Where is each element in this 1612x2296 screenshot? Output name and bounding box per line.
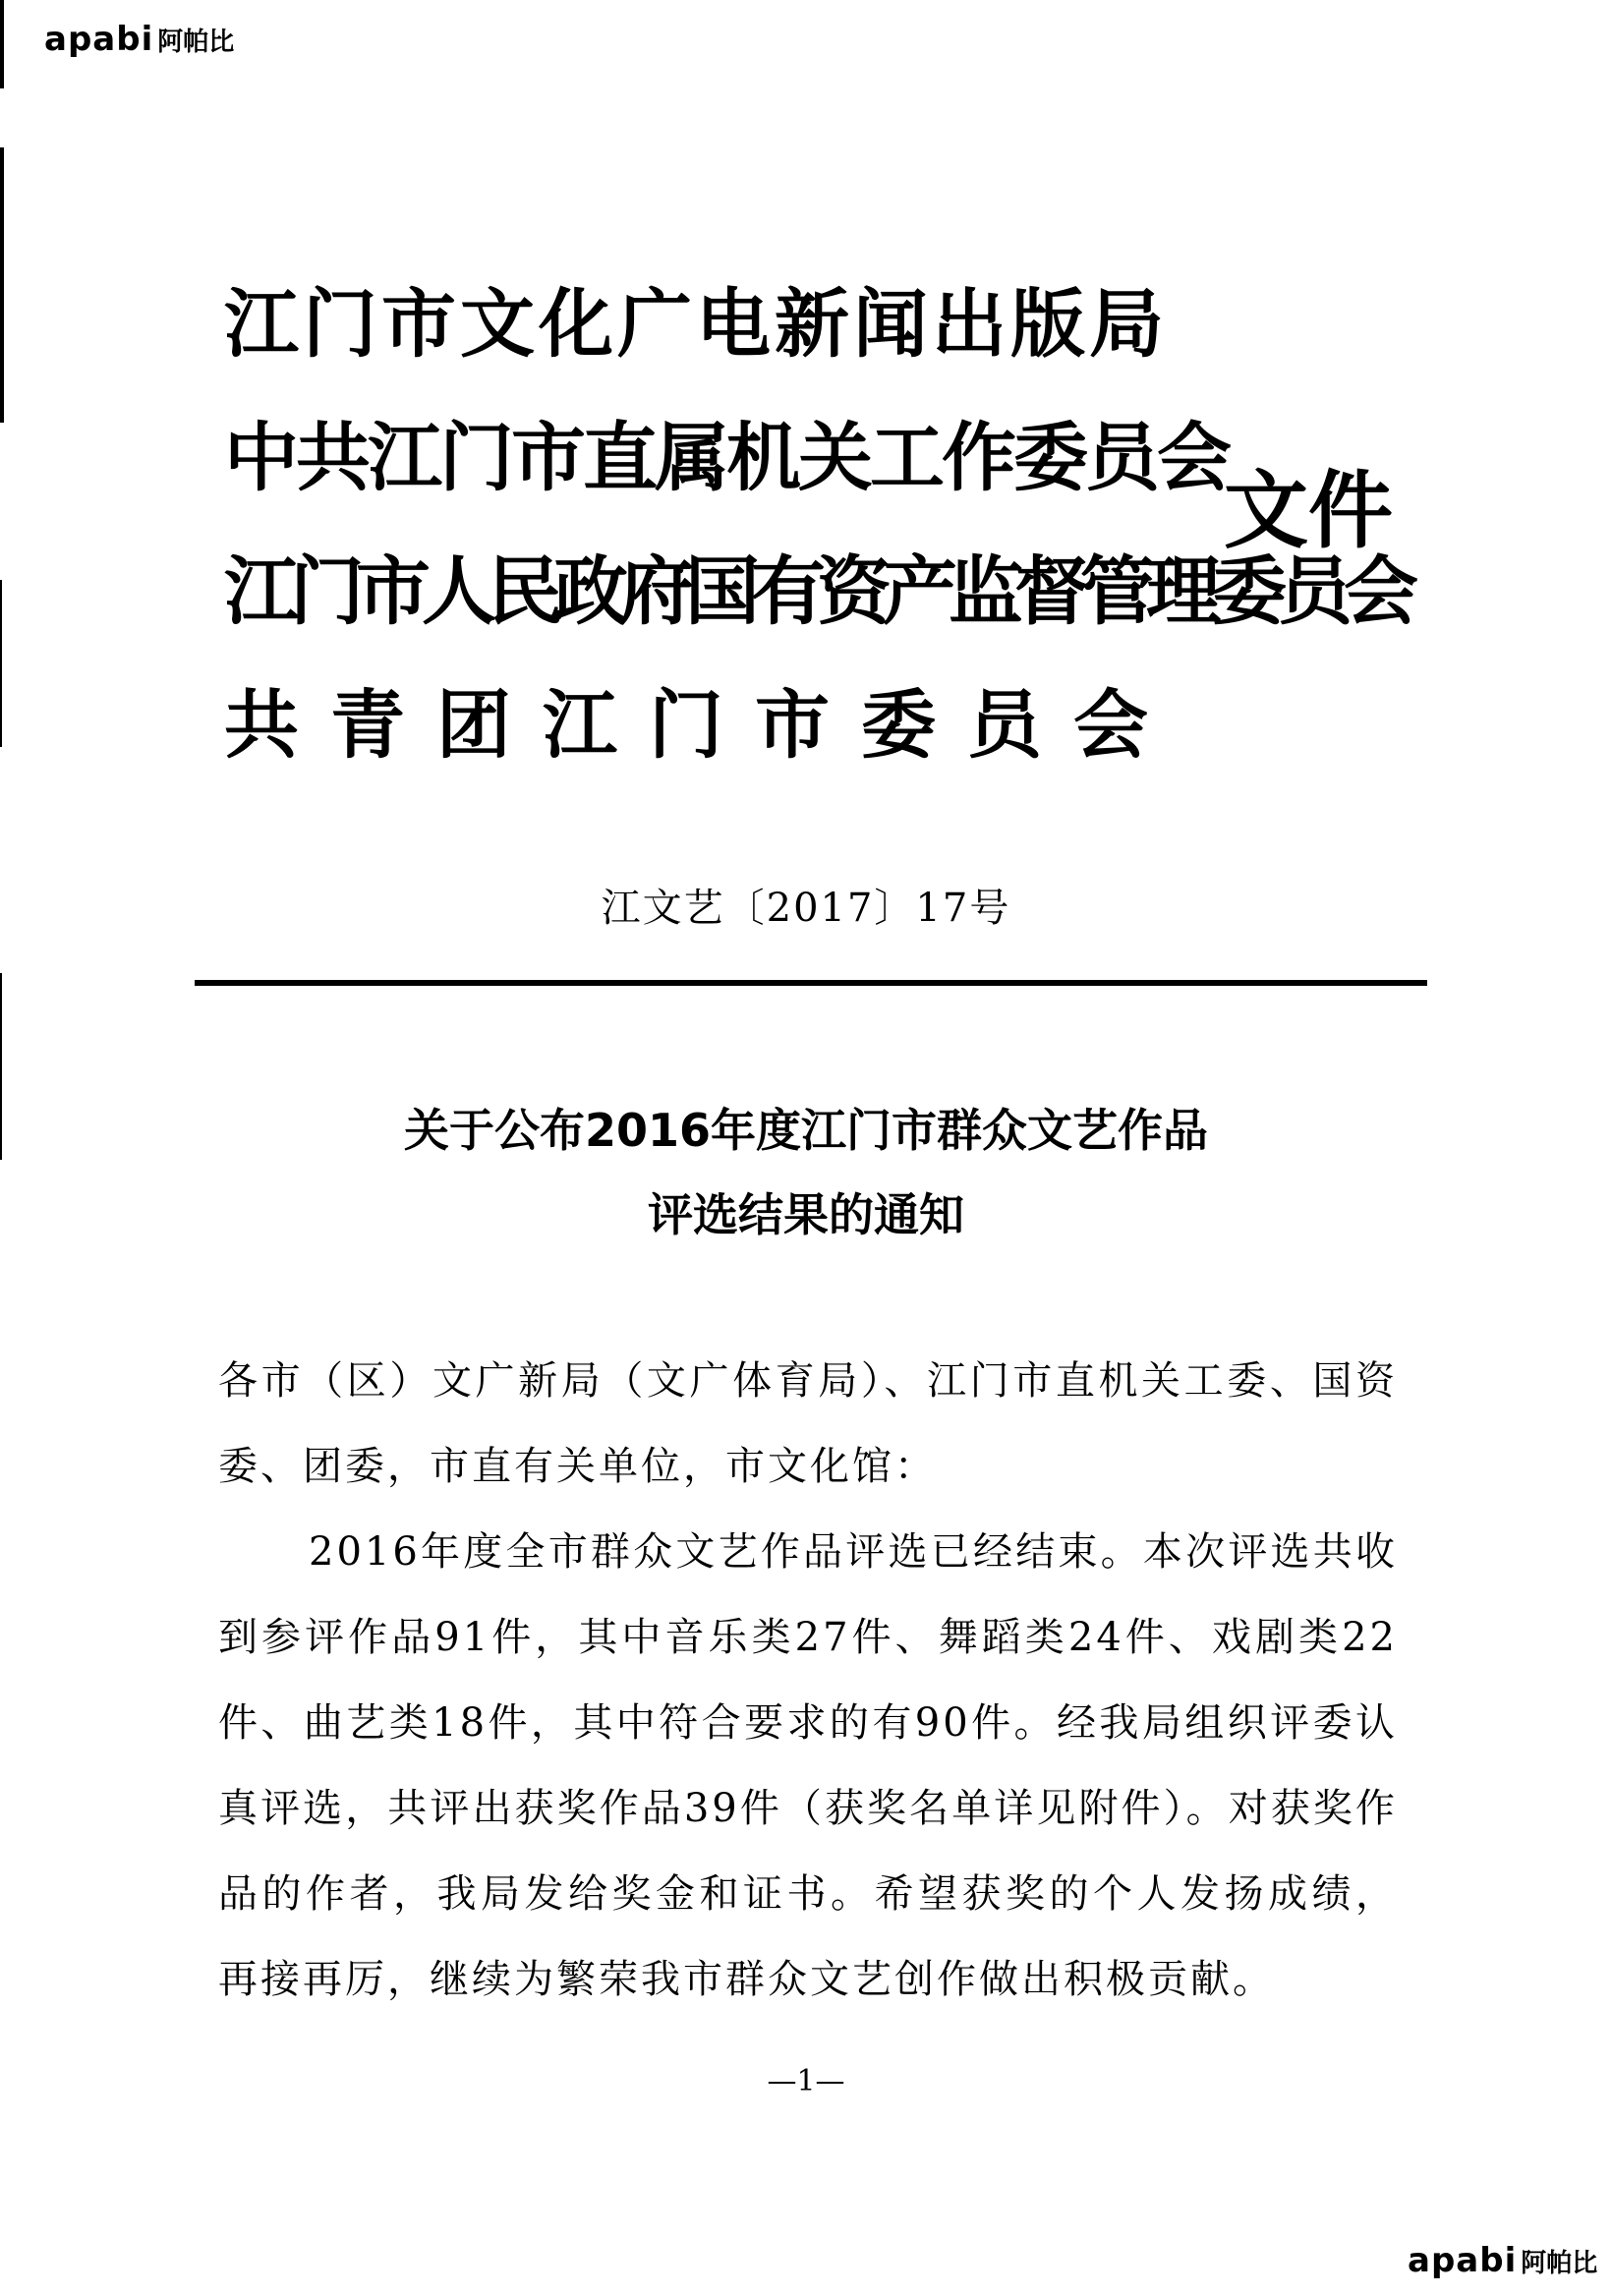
- scan-edge-mark: [0, 580, 2, 747]
- document-type-suffix: 文件: [1224, 442, 1393, 564]
- addressee: 各市（区）文广新局（文广体育局）、江门市直机关工委、国资委、团委，市直有关单位，…: [218, 1339, 1398, 1510]
- scan-edge-mark: [0, 0, 4, 88]
- document-number: 江文艺〔2017〕17号: [0, 877, 1612, 933]
- notice-title-line-1: 关于公布2016年度江门市群众文艺作品: [0, 1095, 1612, 1160]
- watermark-cn: 阿帕比: [157, 22, 234, 58]
- apabi-watermark-bottom: apabi 阿帕比: [1408, 2241, 1597, 2280]
- issuer-line: 江门市人民政府国有资产监督管理委员会: [224, 525, 1187, 659]
- watermark-latin: apabi: [1408, 2241, 1517, 2280]
- watermark-cn: 阿帕比: [1521, 2243, 1597, 2279]
- watermark-latin: apabi: [44, 20, 153, 59]
- issuer-line: 共青团江门市委员会: [224, 659, 1187, 792]
- page-number: —1—: [0, 2064, 1612, 2098]
- header-divider: [195, 980, 1427, 986]
- apabi-watermark-top: apabi 阿帕比: [44, 20, 234, 59]
- issuer-block: 江门市文化广电新闻出版局 中共江门市直属机关工作委员会 江门市人民政府国有资产监…: [224, 258, 1187, 792]
- issuer-line: 江门市文化广电新闻出版局: [224, 258, 1187, 391]
- body-paragraph: 2016年度全市群众文艺作品评选已经结束。本次评选共收到参评作品91件，其中音乐…: [218, 1510, 1398, 2023]
- notice-title-line-2: 评选结果的通知: [0, 1179, 1612, 1244]
- issuer-line: 中共江门市直属机关工作委员会: [224, 391, 1187, 525]
- scan-edge-mark: [0, 147, 4, 423]
- notice-body: 各市（区）文广新局（文广体育局）、江门市直机关工委、国资委、团委，市直有关单位，…: [218, 1339, 1398, 2023]
